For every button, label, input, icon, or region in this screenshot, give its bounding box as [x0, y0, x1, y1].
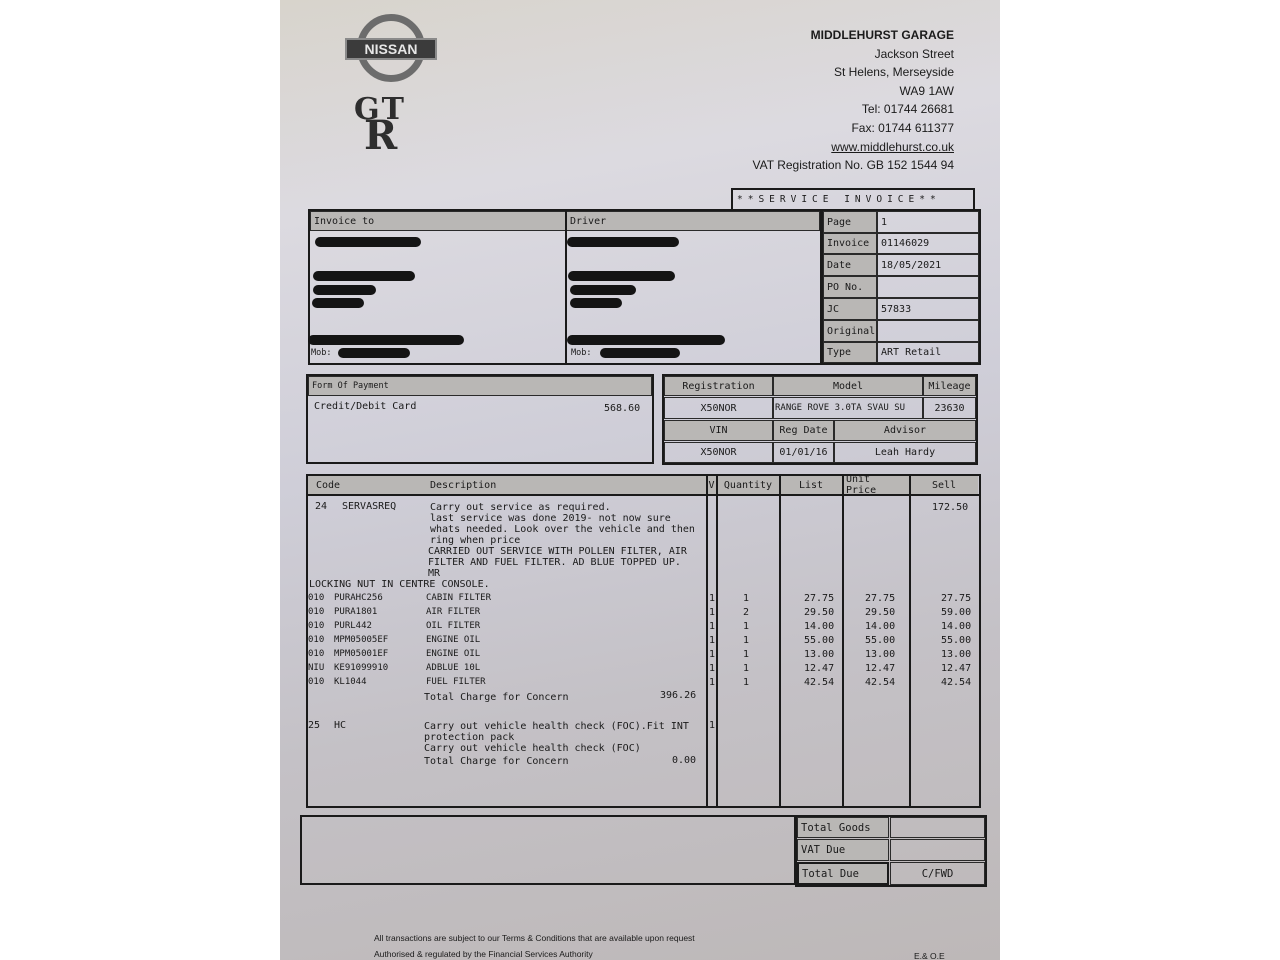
meta-label: PO No. — [823, 276, 877, 298]
part-list-price: 13.00 — [804, 649, 834, 660]
part-type: 010 — [308, 635, 324, 645]
invoice-to-header: Invoice to — [310, 211, 566, 231]
part-type: 010 — [308, 649, 324, 659]
redacted-invoice-address-1 — [313, 271, 415, 281]
part-quantity: 1 — [743, 635, 749, 646]
advisor-header: Advisor — [834, 420, 976, 441]
garage-fax: Fax: 01744 611377 — [753, 119, 954, 138]
meta-value — [877, 320, 979, 342]
redacted-driver-name — [567, 237, 679, 247]
part-list-price: 27.75 — [804, 593, 834, 604]
redacted-driver-email — [567, 335, 725, 345]
model-header: Model — [773, 376, 923, 396]
col-header-description: Description — [428, 476, 706, 494]
col-divider — [706, 476, 708, 806]
part-v: 1 — [709, 677, 715, 688]
part-v: 1 — [709, 607, 715, 618]
part-unit-price: 29.50 — [865, 607, 895, 618]
concern-2-desc-3: Carry out vehicle health check (FOC) — [424, 743, 641, 754]
concern-1-desc-1: Carry out service as required. — [430, 502, 611, 513]
notes-box — [300, 815, 796, 885]
col-header-quantity: Quantity — [717, 476, 779, 494]
part-number: KE91099910 — [334, 663, 388, 673]
col-divider — [716, 476, 718, 806]
meta-label: Date — [823, 254, 877, 276]
part-description: ENGINE OIL — [426, 635, 480, 645]
col-header-unit-price: Unit Price — [843, 476, 909, 494]
vat-due-label: VAT Due — [797, 839, 889, 861]
meta-label: Page — [823, 211, 877, 233]
mileage-header: Mileage — [923, 376, 976, 396]
concern-1-note-1: CARRIED OUT SERVICE WITH POLLEN FILTER, … — [428, 546, 687, 557]
meta-value: 1 — [877, 211, 979, 233]
concern-1-number: 24 — [315, 501, 327, 512]
concern-2-number: 25 — [308, 720, 320, 731]
part-list-price: 55.00 — [804, 635, 834, 646]
part-type: 010 — [308, 607, 324, 617]
part-type: NIU — [308, 663, 324, 673]
part-number: PURAHC256 — [334, 593, 383, 603]
garage-postcode: WA9 1AW — [753, 82, 954, 101]
part-quantity: 1 — [743, 593, 749, 604]
concern-2-desc-2: protection pack — [424, 732, 514, 743]
part-number: MPM05001EF — [334, 649, 388, 659]
part-unit-price: 27.75 — [865, 593, 895, 604]
total-goods-value — [890, 817, 985, 838]
part-description: AIR FILTER — [426, 607, 480, 617]
part-sell: 14.00 — [941, 621, 971, 632]
garage-address: MIDDLEHURST GARAGE Jackson Street St Hel… — [753, 26, 954, 175]
part-quantity: 1 — [743, 649, 749, 660]
total-due-value: C/FWD — [890, 862, 985, 885]
footer-eoe: E.& O.E — [914, 951, 945, 960]
registration-header: Registration — [664, 376, 773, 396]
total-goods-label: Total Goods — [797, 817, 889, 838]
col-header-code: Code — [308, 476, 428, 494]
vin-header: VIN — [664, 420, 773, 441]
vin-value: X50NOR — [664, 442, 773, 463]
part-list-price: 42.54 — [804, 677, 834, 688]
part-sell: 27.75 — [941, 593, 971, 604]
footer-authority: Authorised & regulated by the Financial … — [374, 949, 593, 959]
redacted-driver-address-2 — [570, 285, 636, 295]
mileage-value: 23630 — [923, 397, 976, 419]
part-description: FUEL FILTER — [426, 677, 486, 687]
garage-website-link[interactable]: www.middlehurst.co.uk — [753, 138, 954, 157]
part-unit-price: 42.54 — [865, 677, 895, 688]
payment-amount: 568.60 — [604, 403, 640, 414]
part-quantity: 1 — [743, 621, 749, 632]
meta-value: 18/05/2021 — [877, 254, 979, 276]
payment-header: Form Of Payment — [308, 376, 652, 396]
part-quantity: 1 — [743, 663, 749, 674]
redacted-invoice-name — [315, 237, 421, 247]
part-number: KL1044 — [334, 677, 367, 687]
meta-value — [877, 276, 979, 298]
meta-value: 57833 — [877, 298, 979, 320]
part-unit-price: 13.00 — [865, 649, 895, 660]
concern-1-total-label: Total Charge for Concern — [424, 692, 569, 703]
part-type: 010 — [308, 621, 324, 631]
concern-1-note-2: FILTER AND FUEL FILTER. AD BLUE TOPPED U… — [428, 557, 681, 568]
meta-value: ART Retail — [877, 342, 979, 363]
total-due-label: Total Due — [797, 862, 889, 885]
gtr-logo: GT R — [352, 96, 432, 156]
part-v: 1 — [709, 649, 715, 660]
garage-town: St Helens, Merseyside — [753, 63, 954, 82]
redacted-invoice-email — [308, 335, 464, 345]
col-header-list: List — [780, 476, 842, 494]
nissan-logo-text: NISSAN — [345, 38, 437, 60]
redacted-driver-address-1 — [568, 271, 675, 281]
part-number: PURL442 — [334, 621, 372, 631]
part-description: OIL FILTER — [426, 621, 480, 631]
col-header-v: V — [707, 476, 716, 494]
meta-label: Original — [823, 320, 877, 342]
part-v: 1 — [709, 621, 715, 632]
part-sell: 55.00 — [941, 635, 971, 646]
concern-1-desc-2: last service was done 2019- not now sure — [430, 513, 671, 524]
concern-2-desc-1: Carry out vehicle health check (FOC).Fit… — [424, 721, 689, 732]
part-quantity: 1 — [743, 677, 749, 688]
concern-2-total: 0.00 — [672, 755, 696, 766]
part-unit-price: 12.47 — [865, 663, 895, 674]
part-number: MPM05005EF — [334, 635, 388, 645]
part-description: ENGINE OIL — [426, 649, 480, 659]
garage-vat: VAT Registration No. GB 152 1544 94 — [753, 156, 954, 175]
advisor-value: Leah Hardy — [834, 442, 976, 463]
meta-value: 01146029 — [877, 233, 979, 254]
registration-value: X50NOR — [664, 397, 773, 419]
part-v: 1 — [709, 635, 715, 646]
part-type: 010 — [308, 593, 324, 603]
col-divider — [779, 476, 781, 806]
part-sell: 12.47 — [941, 663, 971, 674]
part-description: ADBLUE 10L — [426, 663, 480, 673]
concern-1-desc-3: whats needed. Look over the vehicle and … — [430, 524, 695, 535]
concern-2-code: HC — [334, 720, 346, 731]
redacted-invoice-address-2 — [313, 285, 376, 295]
driver-header: Driver — [566, 211, 820, 231]
driver-mob-label: Mob: — [571, 348, 591, 358]
part-v: 1 — [709, 593, 715, 604]
col-divider — [842, 476, 844, 806]
part-list-price: 14.00 — [804, 621, 834, 632]
garage-name: MIDDLEHURST GARAGE — [753, 26, 954, 45]
part-list-price: 29.50 — [804, 607, 834, 618]
part-quantity: 2 — [743, 607, 749, 618]
concern-1-note-4: LOCKING NUT IN CENTRE CONSOLE. — [309, 579, 490, 590]
vat-due-value — [890, 839, 985, 861]
redacted-driver-mobile — [600, 348, 680, 358]
part-sell: 13.00 — [941, 649, 971, 660]
concern-2-v: 1 — [709, 720, 715, 731]
part-unit-price: 55.00 — [865, 635, 895, 646]
redacted-driver-address-3 — [570, 298, 622, 308]
concern-1-code: SERVASREQ — [342, 501, 396, 512]
part-type: 010 — [308, 677, 324, 687]
redacted-invoice-address-3 — [312, 298, 364, 308]
reg-date-value: 01/01/16 — [773, 442, 834, 463]
garage-tel: Tel: 01744 26681 — [753, 100, 954, 119]
meta-label: Type — [823, 342, 877, 363]
part-unit-price: 14.00 — [865, 621, 895, 632]
document-title: **SERVICE INVOICE** — [731, 188, 975, 211]
part-number: PURA1801 — [334, 607, 377, 617]
concern-1-sell: 172.50 — [932, 502, 968, 513]
meta-label: Invoice — [823, 233, 877, 254]
redacted-invoice-mobile — [338, 348, 410, 358]
model-value: RANGE ROVE 3.0TA SVAU SU — [773, 397, 923, 419]
payment-method: Credit/Debit Card — [314, 401, 416, 412]
reg-date-header: Reg Date — [773, 420, 834, 441]
concern-1-total: 396.26 — [660, 690, 696, 701]
concern-1-note-3: MR — [428, 568, 440, 579]
gtr-logo-r: R — [364, 112, 397, 159]
part-v: 1 — [709, 663, 715, 674]
invoice-to-mob-label: Mob: — [311, 348, 331, 358]
concern-2-total-label: Total Charge for Concern — [424, 756, 569, 767]
garage-street: Jackson Street — [753, 45, 954, 64]
part-sell: 42.54 — [941, 677, 971, 688]
meta-label: JC — [823, 298, 877, 320]
part-description: CABIN FILTER — [426, 593, 491, 603]
footer-terms: All transactions are subject to our Term… — [374, 933, 695, 943]
part-list-price: 12.47 — [804, 663, 834, 674]
concern-1-desc-4: ring when price — [430, 535, 520, 546]
col-divider — [909, 476, 911, 806]
col-header-sell: Sell — [910, 476, 978, 494]
part-sell: 59.00 — [941, 607, 971, 618]
